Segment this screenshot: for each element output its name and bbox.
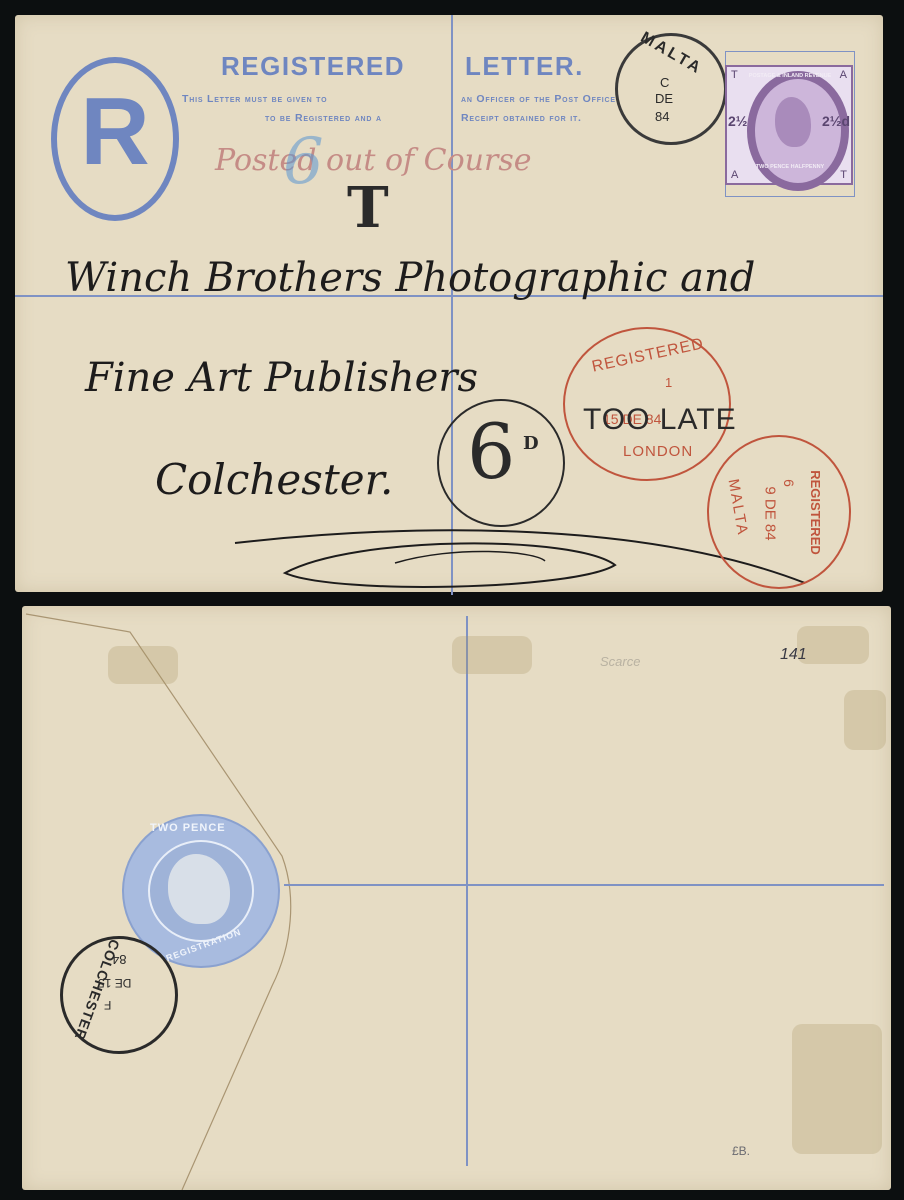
stamp-bottom-text: TWO PENCE HALFPENNY [747, 164, 833, 170]
colchester-postmark-line-a: F [104, 998, 111, 1012]
stamp-value-left: 2½ [728, 113, 747, 129]
embossed-top-text: TWO PENCE [150, 822, 226, 834]
header-line1-right: an Officer of the Post Office [461, 93, 616, 105]
back-blue-rule-vertical [466, 616, 468, 1166]
stamp-corner-tl: T [731, 69, 738, 81]
pencil-note-top-right: 141 [780, 646, 807, 664]
stamp-corner-br: T [840, 169, 847, 181]
pencil-note-bottom-right: £B. [732, 1144, 750, 1158]
stamp-value-right: 2½d [822, 113, 850, 129]
postage-due-suffix: D [523, 433, 539, 454]
hinge-stain [792, 1024, 882, 1154]
pencil-note-top-middle: Scarce [600, 654, 640, 669]
malta-registered-num: 6 [781, 479, 797, 487]
malta-postmark-line-c: 84 [655, 109, 669, 124]
envelope-back: TWO PENCE REGISTRATION COLCHESTER F DE 1… [22, 606, 891, 1190]
malta-registered-date: 9 DE 84 [762, 486, 779, 540]
header-line2-left: to be Registered and a [265, 112, 382, 124]
stamp-corner-tr: A [840, 69, 847, 81]
hinge-stain [452, 636, 532, 674]
header-title-right: LETTER. [465, 51, 584, 82]
registered-r-letter: R [75, 77, 155, 187]
t-tax-mark: T [347, 175, 389, 241]
postage-due-value: 6 [467, 407, 515, 496]
stamp-corner-bl: A [731, 169, 738, 181]
colchester-postmark-year: 84 [112, 952, 126, 967]
back-blue-rule-horizontal [284, 884, 884, 886]
hinge-stain [108, 646, 178, 684]
hinge-stain [797, 626, 869, 664]
too-late-mark: TOO LATE [583, 403, 737, 437]
address-line-1: Winch Brothers Photographic and [65, 255, 755, 301]
blue-crayon-mark: 6 [283, 125, 324, 199]
header-line1-left: This Letter must be given to [182, 93, 327, 105]
london-postmark-bottom: LONDON [623, 443, 693, 460]
posted-out-of-course-note: Posted out of Course [215, 143, 531, 178]
header-title-left: REGISTERED [221, 51, 405, 82]
hinge-stain [844, 690, 886, 750]
malta-registered-top: REGISTERED [808, 470, 823, 555]
malta-postmark-line-b: DE [655, 91, 673, 106]
malta-registered-postmark [707, 435, 851, 589]
address-line-2: Fine Art Publishers [85, 355, 478, 401]
london-postmark-line-a: 1 [665, 375, 672, 390]
envelope-front: R REGISTERED LETTER. This Letter must be… [15, 15, 883, 592]
header-line2-right: Receipt obtained for it. [461, 112, 582, 124]
colchester-postmark-date: DE 15 [98, 976, 131, 990]
malta-postmark-line-a: C [660, 75, 669, 90]
adhesive-stamp: T A A T 2½ 2½d POSTAGE & INLAND REVENUE … [725, 65, 853, 185]
stamp-top-text: POSTAGE & INLAND REVENUE [747, 73, 833, 79]
